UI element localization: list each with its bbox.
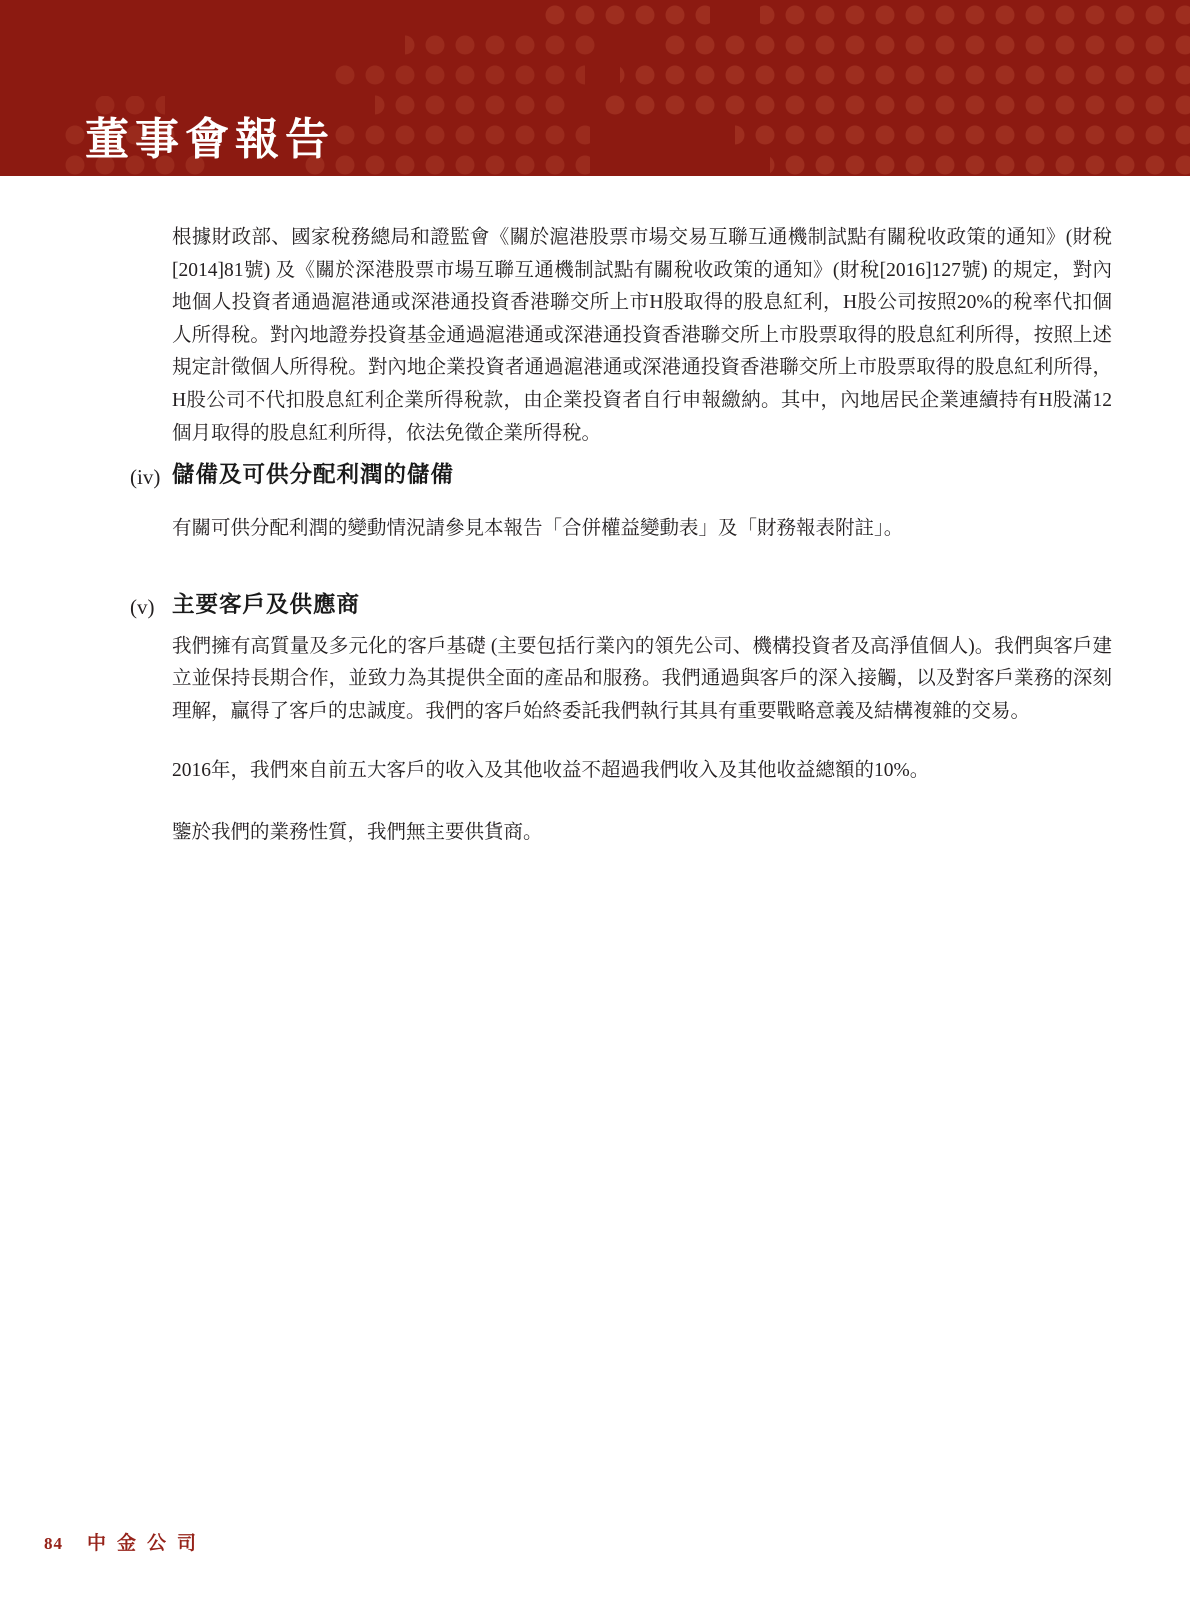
section-heading: 主要客戶及供應商: [172, 592, 360, 617]
section-label: (v): [130, 592, 155, 622]
paragraph: 有關可供分配利潤的變動情況請參見本報告「合併權益變動表」及「財務報表附註」。: [172, 513, 1112, 546]
page-banner: 董事會報告: [0, 0, 1190, 176]
section-customers-suppliers: (v) 主要客戶及供應商 我們擁有高質量及多元化的客戶基礎 (主要包括行業內的領…: [172, 590, 1112, 850]
section-label: (iv): [130, 462, 160, 492]
section-reserves: (iv) 儲備及可供分配利潤的儲備 有關可供分配利潤的變動情況請參見本報告「合併…: [172, 460, 1112, 546]
paragraph: 我們擁有高質量及多元化的客戶基礎 (主要包括行業內的領先公司、機構投資者及高淨值…: [172, 631, 1112, 729]
page-content: 根據財政部、國家稅務總局和證監會《關於滬港股票市場交易互聯互通機制試點有關稅收政…: [172, 222, 1112, 850]
paragraph: 鑒於我們的業務性質，我們無主要供貨商。: [172, 817, 1112, 850]
page-footer: 84中金公司: [44, 1528, 207, 1555]
section-heading-row: (v) 主要客戶及供應商: [172, 590, 1112, 623]
section-heading: 儲備及可供分配利潤的儲備: [172, 462, 454, 487]
paragraph: 2016年，我們來自前五大客戶的收入及其他收益不超過我們收入及其他收益總額的10…: [172, 755, 1112, 788]
page-title: 董事會報告: [85, 118, 335, 162]
section-heading-row: (iv) 儲備及可供分配利潤的儲備: [172, 460, 1112, 493]
intro-paragraph: 根據財政部、國家稅務總局和證監會《關於滬港股票市場交易互聯互通機制試點有關稅收政…: [172, 222, 1112, 450]
company-name: 中金公司: [87, 1533, 207, 1554]
page-number: 84: [44, 1534, 63, 1553]
